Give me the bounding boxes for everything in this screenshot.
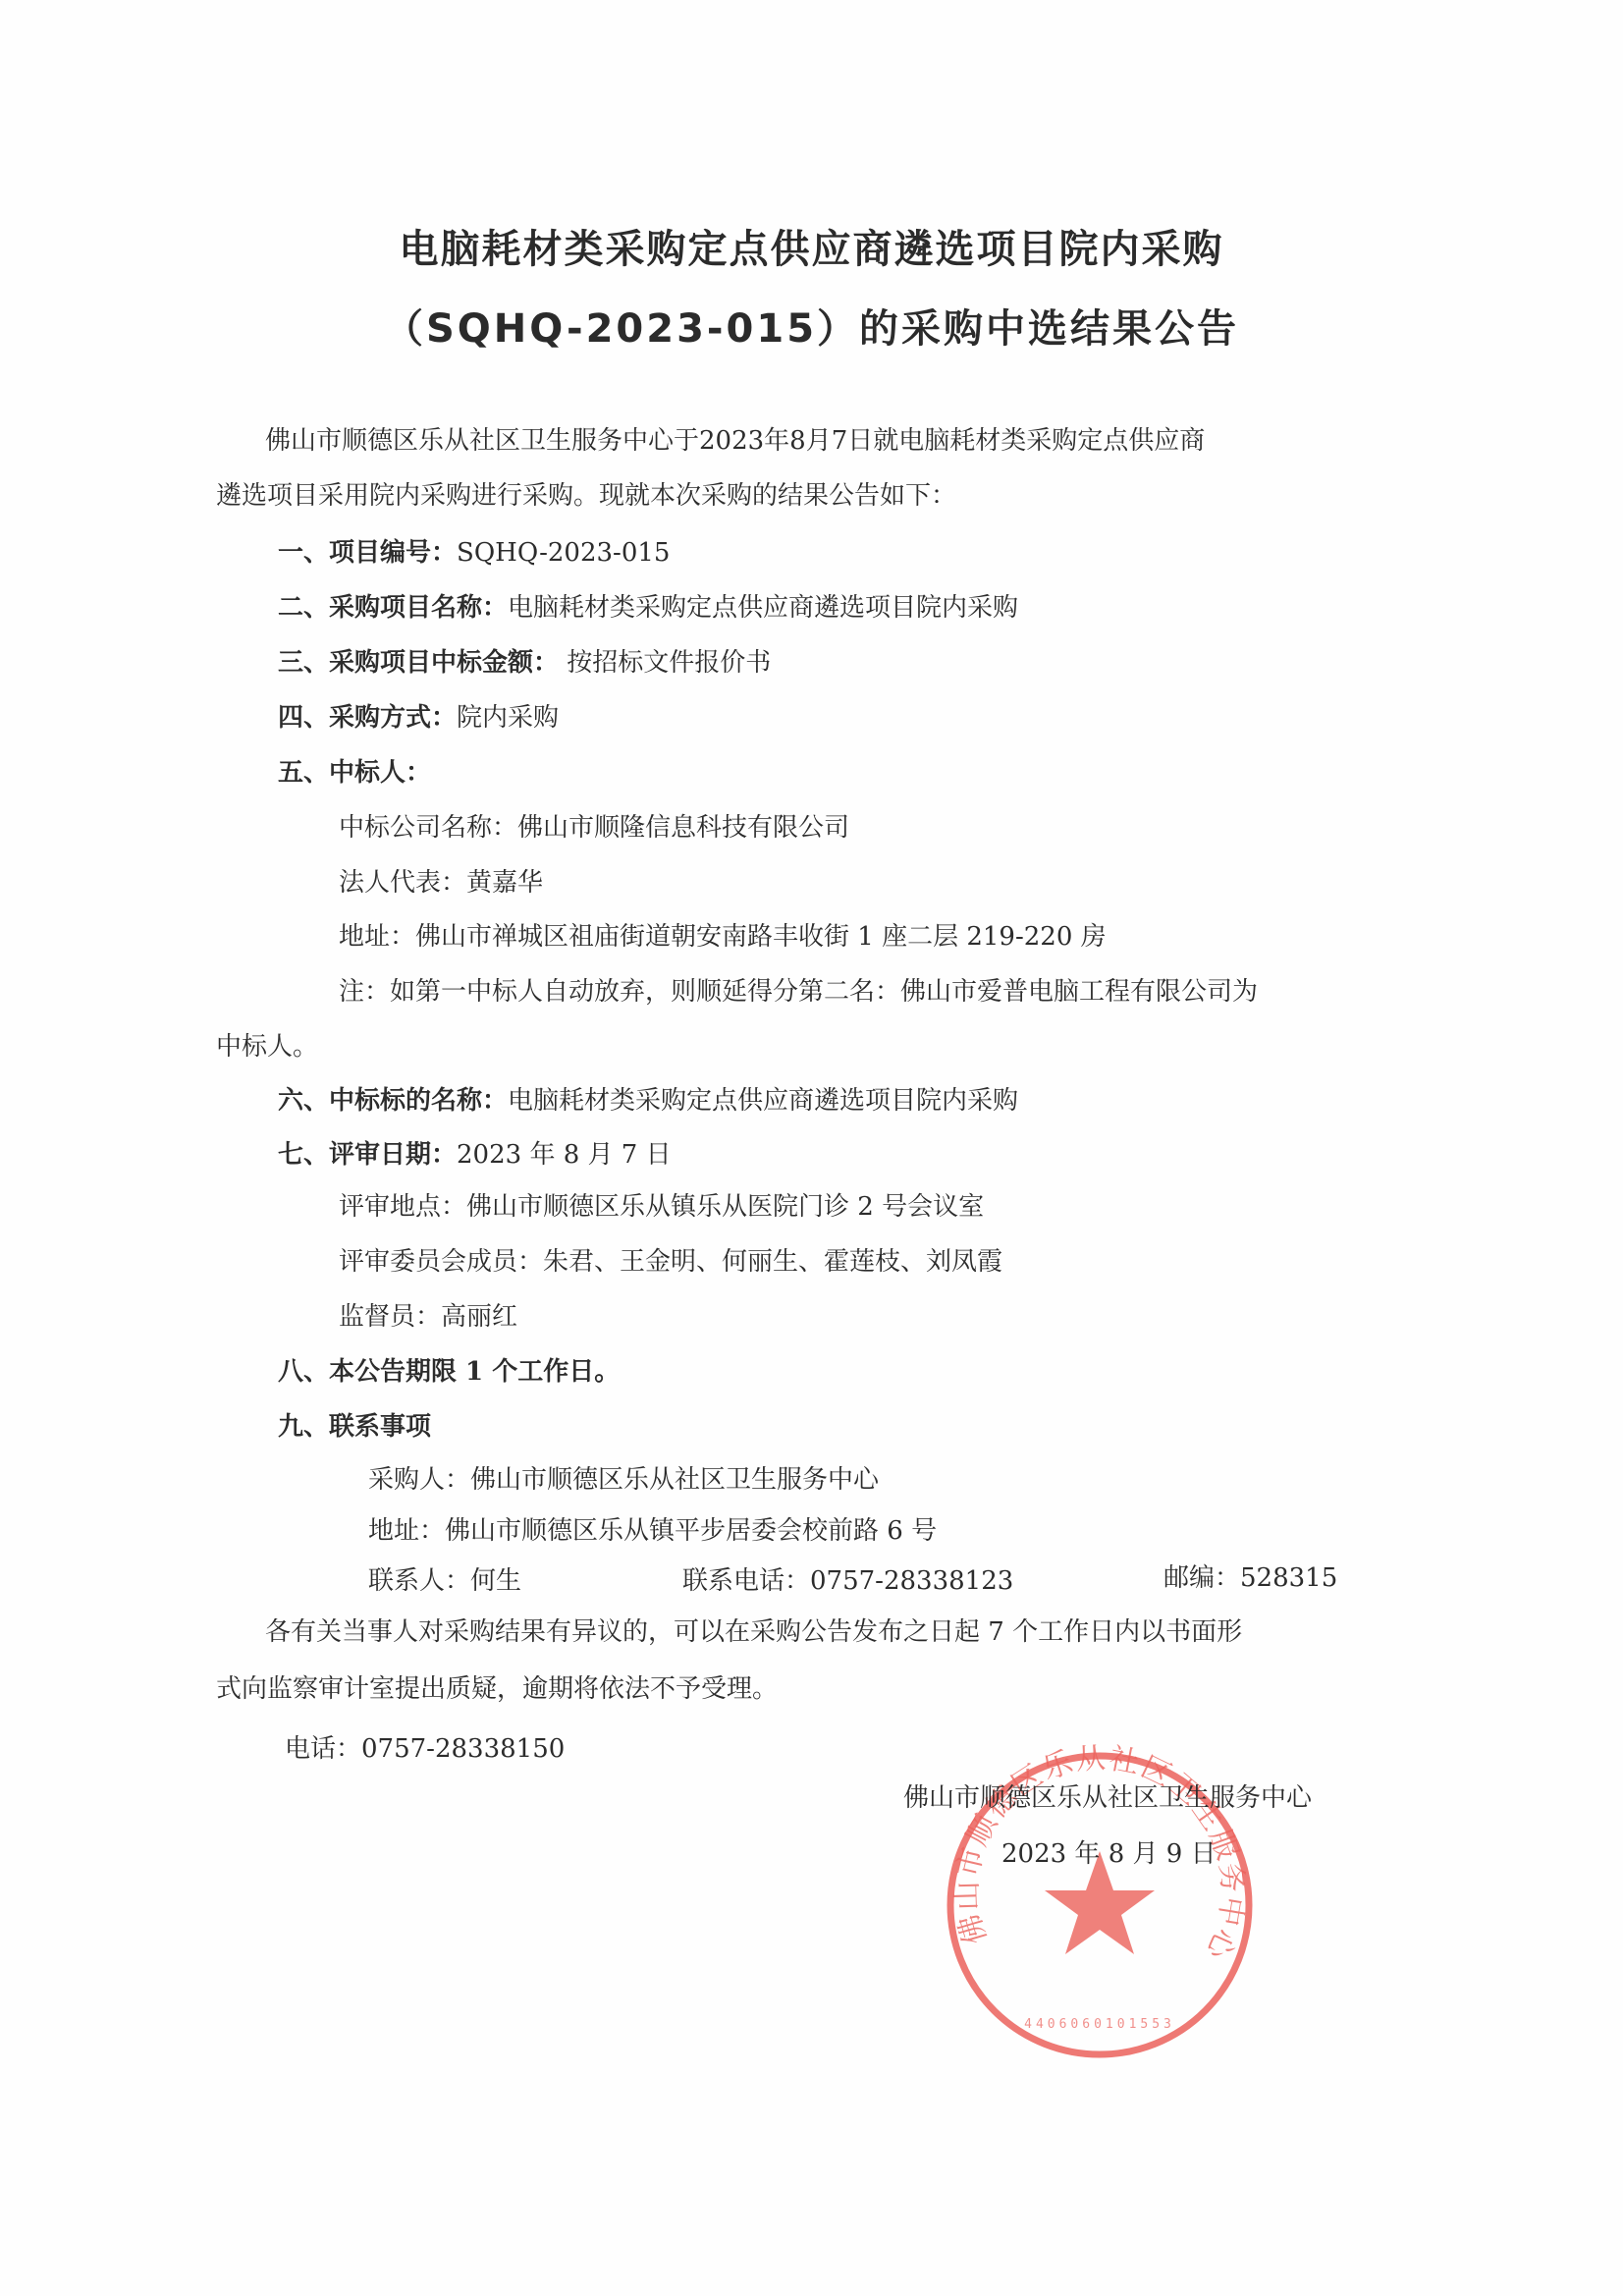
project-name-value: 电脑耗材类采购定点供应商遴选项目院内采购 (508, 593, 1018, 623)
section-bid-amount: 三、采购项目中标金额： 按招标文件报价书 (278, 647, 771, 679)
objection-paragraph-line1: 各有关当事人对采购结果有异议的，可以在采购公告发布之日起 7 个工作日内以书面形 (265, 1616, 1242, 1648)
section-label: 七、评审日期： (278, 1140, 457, 1170)
section-review-date: 七、评审日期：2023 年 8 月 7 日 (278, 1139, 672, 1171)
section-label: 一、项目编号： (278, 538, 457, 568)
review-supervisor: 监督员：高丽红 (339, 1301, 517, 1333)
section-subject-name: 六、中标标的名称：电脑耗材类采购定点供应商遴选项目院内采购 (278, 1085, 1018, 1117)
document-title-line2: （SQHQ-2023-015）的采购中选结果公告 (0, 298, 1623, 354)
section-notice-period: 八、本公告期限 1 个工作日。 (278, 1356, 620, 1388)
contact-postcode: 邮编：528315 (1163, 1562, 1337, 1594)
subject-name-value: 电脑耗材类采购定点供应商遴选项目院内采购 (508, 1086, 1018, 1116)
contact-purchaser: 采购人：佛山市顺德区乐从社区卫生服务中心 (368, 1464, 879, 1496)
winner-note-line2: 中标人。 (216, 1031, 318, 1063)
winner-company: 中标公司名称：佛山市顺隆信息科技有限公司 (339, 812, 849, 844)
svg-text:4406060101553: 4406060101553 (1024, 2017, 1175, 2032)
section-contact-heading: 九、联系事项 (278, 1411, 431, 1443)
review-date-value: 2023 年 8 月 7 日 (457, 1140, 672, 1170)
section-label: 四、采购方式： (278, 703, 457, 733)
winner-legal-rep: 法人代表：黄嘉华 (339, 867, 543, 899)
contact-address: 地址：佛山市顺德区乐从镇平步居委会校前路 6 号 (368, 1515, 937, 1547)
winner-note-line1: 注：如第一中标人自动放弃，则顺延得分第二名：佛山市爱普电脑工程有限公司为 (339, 976, 1258, 1008)
section-label: 二、采购项目名称： (278, 593, 508, 623)
document-page: 电脑耗材类采购定点供应商遴选项目院内采购 （SQHQ-2023-015）的采购中… (0, 0, 1623, 2296)
winner-address: 地址：佛山市禅城区祖庙街道朝安南路丰收街 1 座二层 219-220 房 (339, 921, 1107, 953)
section-winner-heading: 五、中标人： (278, 757, 431, 789)
signature-organization: 佛山市顺德区乐从社区卫生服务中心 (903, 1777, 1312, 1814)
signature-date: 2023 年 8 月 9 日 (1001, 1833, 1217, 1870)
section-project-name: 二、采购项目名称：电脑耗材类采购定点供应商遴选项目院内采购 (278, 592, 1018, 624)
review-committee: 评审委员会成员：朱君、王金明、何丽生、霍莲枝、刘凤霞 (339, 1246, 1002, 1278)
procurement-method-value: 院内采购 (457, 703, 559, 733)
section-label: 六、中标标的名称： (278, 1086, 508, 1116)
objection-paragraph-line2: 式向监察审计室提出质疑，逾期将依法不予受理。 (216, 1673, 778, 1705)
contact-person: 联系人：何生 (368, 1565, 521, 1597)
document-title-line1: 电脑耗材类采购定点供应商遴选项目院内采购 (0, 218, 1623, 274)
intro-paragraph-line2: 遴选项目采用院内采购进行采购。现就本次采购的结果公告如下： (216, 480, 956, 512)
bid-amount-value: 按招标文件报价书 (559, 648, 771, 678)
complaint-phone: 电话：0757-28338150 (285, 1733, 565, 1765)
review-location: 评审地点：佛山市顺德区乐从镇乐从医院门诊 2 号会议室 (339, 1191, 984, 1223)
section-project-number: 一、项目编号：SQHQ-2023-015 (278, 537, 670, 569)
contact-phone: 联系电话：0757-28338123 (682, 1565, 1013, 1597)
section-procurement-method: 四、采购方式：院内采购 (278, 702, 559, 734)
project-number-value: SQHQ-2023-015 (457, 538, 670, 568)
section-label: 三、采购项目中标金额： (278, 648, 559, 678)
intro-paragraph-line1: 佛山市顺德区乐从社区卫生服务中心于2023年8月7日就电脑耗材类采购定点供应商 (265, 425, 1205, 457)
